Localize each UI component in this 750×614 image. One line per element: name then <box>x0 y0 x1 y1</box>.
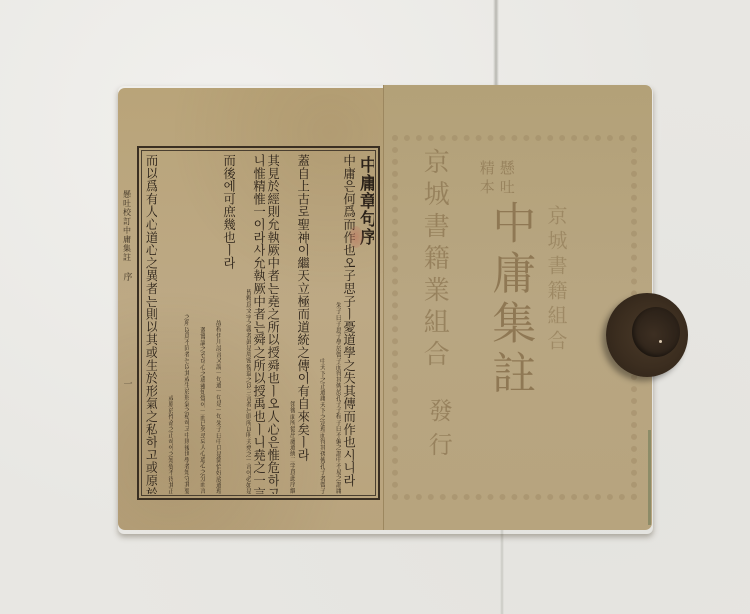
annotation-line: 道統二字爲此序綱 <box>286 444 295 494</box>
margin-section-label: 序 <box>121 272 134 281</box>
annotation-column: 中則後世學者知守其要 之所以爲不同者는以其或生於形氣之私하고 <box>173 152 189 494</box>
cover-title: 中庸集註 <box>486 200 532 400</box>
annotation-line: 故程伊川詩言又說一句道一句是一句 <box>212 320 221 419</box>
text-column: 而後에可庶幾也ㅣ라 <box>221 152 235 494</box>
annotation-column: 之知覺不得其正 或原於性命之正하야 <box>157 152 173 494</box>
surface-crease-bottom <box>500 530 504 614</box>
annotation-column: 復益之以三言者는則所以明夫堯之一言이必如是 皆釋爲文字之義者眞是周密 <box>235 152 251 494</box>
annotation-line: 復益之以三言者는則所以明夫堯之一言이必如是 <box>242 364 251 494</box>
margin-page-number: 一 <box>121 379 134 388</box>
cover-publisher-suffix: 發行 <box>425 398 450 466</box>
annotation-line: 人心道心之分而言 <box>196 444 205 494</box>
cover-right-column: 京城書籍組合 <box>545 205 566 355</box>
annotation-line: 皆釋爲文字之義者眞是周密 <box>242 289 251 363</box>
annotation-line: 領後面所從出處 <box>286 401 295 444</box>
annotation-line: 之所以爲不同者는以其或生於形氣之私하고 <box>180 314 189 432</box>
text-column: 니惟精惟一이라사允執厥中者는舜之所以授禹也ㅣ니堯之一言이至矣盡矣而舜이 <box>251 152 265 494</box>
annotation-line: 子程子曰不偏之謂中不易之謂庸 <box>332 407 341 494</box>
cover-edition-1: 精本 <box>478 160 494 198</box>
red-seal-stamp <box>349 226 363 248</box>
annotation-column: 人心道心之分而言 蓋嘗論之컨대心之虛靈知覺이一而已矣로되 <box>189 152 205 494</box>
text-column: 中庸은何爲而作也오子思子ㅣ憂道學之失其傳而作也시니라 <box>341 152 355 494</box>
text-column: 其見於經則允執厥中者는堯之所以授舜也ㅣ오人心은惟危하고道心은惟微하 <box>265 152 279 494</box>
annotation-column: 朱子曰中只是箇恰好底道理 故程伊川詩言又說一句道一句是一句 <box>205 152 221 494</box>
annotation-line: 朱子曰子思子學於曾子而得其傳於孔子 <box>332 302 341 407</box>
annotation-line: 而得其孫傳孔子者曾子 <box>316 432 325 494</box>
text-columns: 中庸章句序 中庸은何爲而作也오子思子ㅣ憂道學之失其傳而作也시니라 子程子曰不偏之… <box>143 152 374 494</box>
annotation-line: 或原於性命之正하야 <box>164 395 173 451</box>
preface-heading: 中庸章句序 <box>355 152 374 494</box>
annotation-line: 朱子曰中只是箇恰好底道理 <box>212 420 221 494</box>
annotation-column: 子程子曰不偏之謂中不易之謂庸 朱子曰子思子學於曾子而得其傳於孔子 <box>325 152 341 494</box>
margin-book-title: 懸吐校訂中庸集註 <box>122 190 133 262</box>
annotation-line: 蓋嘗論之컨대心之虛靈知覺이一而已矣로되 <box>196 327 205 445</box>
annotation-column: 道統二字爲此序綱 領後面所從出處 <box>279 152 295 494</box>
text-column: 而以爲有人心道心之異者는則以其或生於形氣之私하고或原於性命 <box>143 152 157 494</box>
cover-edition-2: 懸吐 <box>498 160 514 198</box>
text-column: 蓋自上古로聖神이繼天立極而道統之傳이有自來矣ㅣ라 <box>295 152 309 494</box>
weight-highlight <box>659 340 662 343</box>
annotation-column: 而得其孫傳孔子者曾子 中天下之正道庸天下之定理 <box>309 152 325 494</box>
annotation-line: 中則後世學者知守其要 <box>180 432 189 494</box>
annotation-line: 之知覺不得其正 <box>164 451 173 494</box>
page-margin: 懸吐校訂中庸集註 序 一 <box>118 150 136 496</box>
cover-edge-stain <box>648 430 651 525</box>
brass-weight-knob <box>632 307 680 357</box>
annotation-line: 中天下之正道庸天下之定理 <box>316 358 325 432</box>
cover-publisher: 京城書籍業組合 <box>420 148 447 372</box>
